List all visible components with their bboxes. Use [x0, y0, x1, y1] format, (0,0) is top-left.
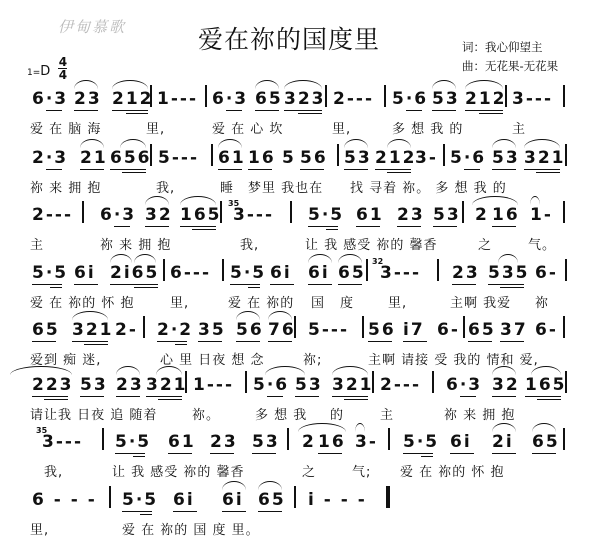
note-group: 16	[318, 432, 346, 452]
note-group: i - - -	[308, 490, 367, 510]
note-group: 212	[112, 89, 154, 109]
barline	[432, 371, 434, 393]
underline-eighth	[524, 169, 560, 170]
underline-eighth	[464, 169, 480, 170]
underline-eighth	[210, 453, 234, 454]
underline-eighth	[532, 453, 556, 454]
underline-eighth	[433, 226, 457, 227]
composer: 曲：无花果-无花果	[462, 57, 558, 76]
note-group: 53	[344, 148, 372, 168]
credits: 词：我心仰望主 曲：无花果-无花果	[462, 38, 558, 76]
note-group: 6-	[535, 320, 558, 340]
underline-eighth	[465, 110, 503, 111]
underline-eighth	[344, 169, 368, 170]
underline-sixteenth	[536, 172, 560, 173]
underline-sixteenth	[248, 287, 260, 288]
slur-icon	[432, 80, 456, 89]
underline-sixteenth	[158, 399, 182, 400]
underline-eighth	[222, 511, 246, 512]
note-group: 37	[500, 320, 528, 340]
score-line-5: 653212-2·23556765---56i76-65376-爱到 痴 迷,心…	[0, 306, 595, 362]
underline-eighth	[406, 110, 422, 111]
score-line-1: 6·3232121---6·3653232---5·6532123---爱 在 …	[0, 75, 595, 131]
underline-eighth	[46, 169, 62, 170]
underline-eighth	[252, 453, 276, 454]
slur-icon	[222, 481, 246, 490]
note-group: 5	[282, 148, 296, 168]
underline-eighth	[300, 169, 324, 170]
note-group: 5·6	[253, 375, 289, 395]
note-group: 6i	[74, 263, 96, 283]
note-group: 2---	[333, 89, 374, 109]
underline-eighth	[308, 284, 332, 285]
note-group: 3---	[42, 432, 83, 452]
song-title: 爱在祢的国度里	[198, 20, 380, 56]
note-group: 53	[433, 205, 461, 225]
note-group: 5·5	[403, 432, 439, 452]
barline	[563, 201, 565, 223]
underline-eighth	[32, 341, 56, 342]
underline-eighth	[236, 341, 260, 342]
slur-icon	[258, 481, 282, 490]
slur-icon	[498, 254, 518, 263]
note-group: 6 - - -	[32, 490, 97, 510]
underline-sixteenth	[134, 287, 158, 288]
note-group: 6-	[437, 320, 460, 340]
slur-icon	[531, 366, 561, 375]
underline-eighth	[173, 511, 197, 512]
underline-eighth	[284, 110, 322, 111]
barline	[150, 85, 152, 107]
underline-eighth	[110, 169, 146, 170]
note-group: 65	[32, 320, 60, 340]
underline-eighth	[32, 284, 62, 285]
slur-icon	[80, 139, 104, 148]
note-group: 53	[492, 148, 520, 168]
barline	[143, 316, 145, 338]
score-line-3: 2---6·332165353---5·56123532161-主祢 来 拥 抱…	[0, 191, 595, 247]
lyric-text: 里,	[30, 519, 49, 538]
slur-icon	[156, 366, 182, 375]
barline	[222, 259, 224, 281]
note-group: 56	[236, 320, 264, 340]
underline-eighth	[492, 169, 516, 170]
note-group: 5---	[158, 148, 199, 168]
slur-icon	[72, 311, 108, 320]
underline-sixteenth	[344, 399, 368, 400]
underline-eighth	[267, 396, 283, 397]
note-group: 5·5	[115, 432, 151, 452]
note-group: 56	[300, 148, 328, 168]
note-group: 5·5	[32, 263, 68, 283]
underline-eighth	[450, 453, 474, 454]
slur-icon	[236, 311, 260, 320]
underline-eighth	[114, 226, 130, 227]
barline	[565, 259, 567, 281]
note-group: 2·2	[157, 320, 193, 340]
underline-eighth	[32, 396, 68, 397]
underline-sixteenth	[122, 172, 146, 173]
score-line-6: 22353233211---5·6533212---6·332165请让我 日夜…	[0, 361, 595, 417]
note-group: 23	[452, 263, 480, 283]
score-line-2: 2·3216565---6116556532123-5·653321祢 来 拥 …	[0, 134, 595, 190]
underline-sixteenth	[44, 399, 68, 400]
note-group: 212	[465, 89, 507, 109]
barline	[462, 201, 464, 223]
underline-eighth	[258, 511, 282, 512]
note-group: 6·3	[446, 375, 482, 395]
barline	[565, 144, 567, 166]
note-group: 6i	[222, 490, 244, 510]
barline	[185, 371, 187, 393]
note-group: 2	[302, 432, 316, 452]
underline-eighth	[115, 453, 145, 454]
note-group: 5·5	[230, 263, 266, 283]
barline	[563, 85, 565, 107]
slur-icon	[332, 366, 368, 375]
underline-sixteenth	[192, 229, 216, 230]
underline-sixteenth	[133, 456, 145, 457]
note-group: 3-	[415, 148, 438, 168]
note-group: 6i	[308, 263, 330, 283]
barline	[372, 371, 374, 393]
underline-sixteenth	[326, 229, 338, 230]
note-group: 65	[532, 432, 560, 452]
underline-eighth	[452, 284, 476, 285]
barline	[563, 316, 565, 338]
barline	[463, 316, 465, 338]
underline-eighth	[198, 341, 222, 342]
underline-eighth	[218, 169, 242, 170]
underline-eighth	[122, 511, 152, 512]
slur-icon	[284, 80, 322, 89]
underline-sixteenth	[298, 113, 322, 114]
underline-eighth	[270, 284, 294, 285]
underline-eighth	[308, 226, 338, 227]
note-group: 16	[492, 205, 520, 225]
slur-icon	[145, 196, 169, 205]
note-group: 53	[252, 432, 280, 452]
underline-eighth	[80, 396, 104, 397]
barline	[290, 201, 292, 223]
slur-icon	[74, 80, 98, 89]
note-group: 65	[255, 89, 283, 109]
note-group: 53	[432, 89, 460, 109]
barline	[362, 316, 364, 338]
barline	[505, 85, 507, 107]
underline-eighth	[375, 169, 411, 170]
slur-icon	[268, 311, 292, 320]
lyric-text: 爱 在 祢的 国 度 里。	[122, 519, 260, 538]
underline-sixteenth	[387, 172, 411, 173]
note-group: 61	[356, 205, 384, 225]
slur-icon	[116, 366, 140, 375]
barline	[563, 428, 565, 450]
note-group: 1---	[157, 89, 198, 109]
final-barline	[386, 486, 390, 508]
underline-eighth	[318, 453, 342, 454]
note-group: 23	[74, 89, 102, 109]
slur-icon	[530, 196, 540, 205]
barline	[565, 371, 567, 393]
slur-icon	[338, 254, 362, 263]
underline-eighth	[488, 284, 524, 285]
slur-icon	[344, 139, 368, 148]
underline-eighth	[146, 396, 182, 397]
note-group: 1-	[530, 205, 553, 225]
barline	[163, 259, 165, 281]
slur-icon	[112, 80, 148, 89]
underline-eighth	[145, 226, 169, 227]
barline	[388, 428, 390, 450]
note-group: 5---	[308, 320, 349, 340]
underline-sixteenth	[140, 514, 152, 515]
note-group: 6·3	[100, 205, 136, 225]
note-group: 6·3	[32, 89, 68, 109]
note-group: 323	[284, 89, 326, 109]
underline-eighth	[72, 341, 108, 342]
note-group: 23	[116, 375, 144, 395]
underline-eighth	[368, 341, 392, 342]
note-group: 321	[146, 375, 188, 395]
underline-eighth	[338, 284, 362, 285]
underline-eighth	[492, 226, 516, 227]
underline-eighth	[460, 396, 476, 397]
underline-eighth	[180, 226, 216, 227]
underline-eighth	[525, 396, 561, 397]
underline-eighth	[248, 169, 272, 170]
note-group: 65	[338, 263, 366, 283]
note-group: 535	[488, 263, 530, 283]
slur-icon	[355, 423, 365, 432]
note-group: 6---	[170, 263, 211, 283]
score-line-4: 5·56i2i656---5·56i6i65323---235356-爱 在 祢…	[0, 249, 595, 305]
underline-eighth	[74, 110, 98, 111]
underline-eighth	[110, 284, 158, 285]
slur-icon	[298, 423, 346, 432]
note-group: 53	[80, 375, 108, 395]
note-group: 6-	[535, 263, 558, 283]
note-group: 6i	[173, 490, 195, 510]
barline	[150, 144, 152, 166]
barline	[102, 428, 104, 450]
barline	[109, 486, 111, 508]
note-group: 76	[268, 320, 296, 340]
note-group: 2---	[32, 205, 73, 225]
underline-sixteenth	[479, 113, 503, 114]
note-group: i7	[403, 320, 425, 340]
note-group: 5·6	[450, 148, 486, 168]
barline	[366, 259, 368, 281]
barline	[220, 201, 222, 223]
underline-eighth	[116, 396, 140, 397]
slur-icon	[218, 139, 242, 148]
barline	[211, 144, 213, 166]
note-group: 16	[248, 148, 276, 168]
underline-eighth	[112, 110, 148, 111]
note-group: 35	[198, 320, 226, 340]
score-line-7: 353---5·56123532163-5·56i2i65我,让 我 感受 祢的…	[0, 418, 595, 474]
underline-sixteenth	[500, 287, 524, 288]
slur-icon	[492, 139, 516, 148]
underline-sixteenth	[126, 113, 148, 114]
note-group: 3---	[512, 89, 553, 109]
slur-icon	[472, 196, 518, 205]
barline	[337, 144, 339, 166]
barline	[287, 428, 289, 450]
note-group: 2	[475, 205, 489, 225]
barline	[384, 85, 386, 107]
note-group: 3---	[380, 263, 421, 283]
slur-icon	[134, 254, 156, 263]
underline-eighth	[157, 341, 187, 342]
note-group: 5·5	[122, 490, 158, 510]
underline-eighth	[397, 226, 421, 227]
note-group: 321	[72, 320, 114, 340]
note-group: 165	[180, 205, 222, 225]
underline-eighth	[332, 396, 368, 397]
note-group: 2i	[492, 432, 514, 452]
underline-sixteenth	[50, 287, 62, 288]
slur-icon	[120, 139, 146, 148]
watermark: 伊甸慕歌	[58, 16, 126, 37]
time-top: 4	[58, 57, 67, 67]
note-group: 3-	[355, 432, 378, 452]
barline	[443, 144, 445, 166]
slur-icon	[532, 423, 556, 432]
underline-eighth	[356, 226, 380, 227]
slur-icon	[308, 254, 332, 263]
note-group: 61	[168, 432, 196, 452]
underline-eighth	[403, 453, 433, 454]
note-group: 23	[210, 432, 238, 452]
underline-eighth	[268, 341, 292, 342]
note-group: 32	[492, 375, 520, 395]
underline-eighth	[168, 453, 192, 454]
underline-eighth	[74, 284, 98, 285]
underline-eighth	[80, 169, 104, 170]
note-group: 165	[525, 375, 567, 395]
note-group: 65	[468, 320, 496, 340]
note-group: 656	[110, 148, 152, 168]
underline-sixteenth	[421, 456, 433, 457]
barline	[245, 371, 247, 393]
slur-icon	[387, 139, 411, 148]
underline-eighth	[46, 110, 62, 111]
lyricist: 词：我心仰望主	[462, 38, 558, 57]
note-group: 23	[397, 205, 425, 225]
note-group: 65	[258, 490, 286, 510]
note-group: 32	[145, 205, 173, 225]
note-group: 1---	[193, 375, 234, 395]
barline	[82, 201, 84, 223]
underline-eighth	[230, 284, 260, 285]
note-group: 61	[218, 148, 246, 168]
underline-sixteenth	[537, 399, 561, 400]
slur-icon	[10, 366, 72, 375]
slur-icon	[255, 80, 279, 89]
slur-icon	[492, 423, 516, 432]
underline-eighth	[500, 341, 524, 342]
note-group: 6i	[450, 432, 472, 452]
note-group: 212	[375, 148, 417, 168]
underline-eighth	[468, 341, 492, 342]
underline-eighth	[492, 453, 516, 454]
note-group: 5·5	[308, 205, 344, 225]
slur-icon	[110, 254, 132, 263]
barline	[205, 85, 207, 107]
barline	[294, 486, 296, 508]
slur-icon	[180, 196, 216, 205]
note-group: 21	[80, 148, 108, 168]
slur-icon	[465, 80, 503, 89]
note-group: 6·3	[212, 89, 248, 109]
note-group: 6i	[270, 263, 292, 283]
slur-icon	[524, 139, 560, 148]
note-group: 321	[332, 375, 374, 395]
underline-sixteenth	[84, 344, 108, 345]
underline-eighth	[295, 396, 319, 397]
barline	[437, 259, 439, 281]
note-group: 321	[524, 148, 566, 168]
slur-icon	[265, 366, 305, 375]
note-group: 223	[32, 375, 74, 395]
note-group: 2i65	[110, 263, 159, 283]
score-line-8: 6 - - -5·56i6i65i - - -里,爱 在 祢的 国 度 里。	[0, 476, 595, 532]
note-group: 53	[295, 375, 323, 395]
underline-eighth	[255, 110, 279, 111]
note-group: 2-	[115, 320, 138, 340]
note-group: 2---	[380, 375, 421, 395]
underline-eighth	[226, 110, 242, 111]
note-group: 3---	[233, 205, 274, 225]
underline-eighth	[492, 396, 516, 397]
barline	[294, 316, 296, 338]
note-group: 2·3	[32, 148, 68, 168]
slur-icon	[492, 366, 516, 375]
underline-eighth	[403, 341, 427, 342]
underline-sixteenth	[175, 344, 187, 345]
note-group: 56	[368, 320, 396, 340]
barline	[325, 85, 327, 107]
note-group: 5·6	[392, 89, 428, 109]
underline-eighth	[432, 110, 456, 111]
